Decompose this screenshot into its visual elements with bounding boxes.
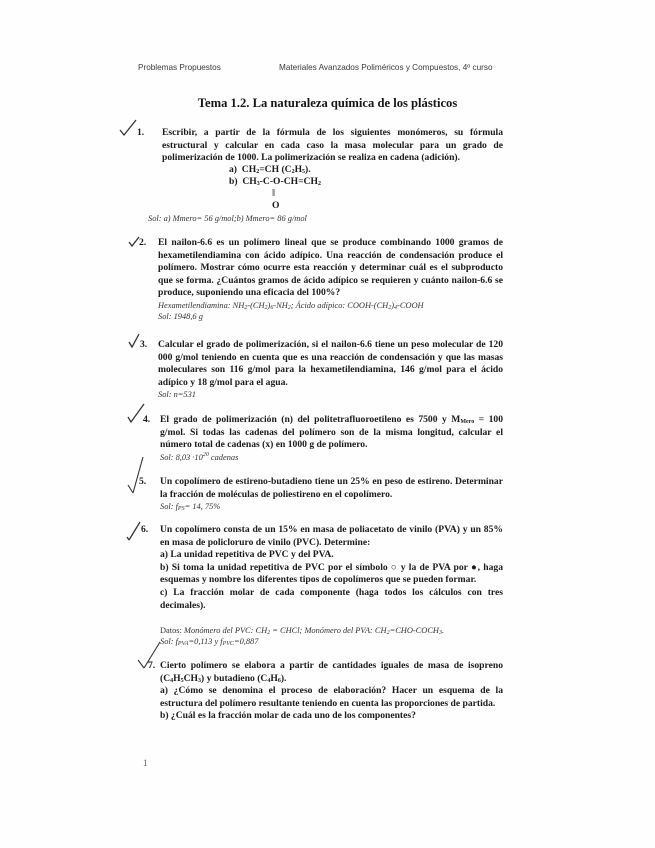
problem-6-number: 6. [141,524,148,535]
problem-6-item-b: b) Si toma la unidad repetitiva de PVC p… [160,562,503,587]
problem-1: Escribir, a partir de la fórmula de los … [162,127,503,165]
problem-1-text: Escribir, a partir de la fórmula de los … [162,127,503,165]
document-page: Problemas Propuestos Materiales Avanzado… [0,0,655,848]
problem-3-number: 3. [140,339,147,350]
double-bond-line: ‖ [272,187,275,199]
problem-5: Un copolímero de estireno-butadieno tien… [160,476,503,501]
checkmark-icon [126,455,146,495]
problem-6-item-c: c) La fracción molar de cada componente … [160,587,503,612]
page-title: Tema 1.2. La naturaleza química de los p… [0,96,655,111]
problem-7: Cierto polímero se elabora a partir de c… [160,660,503,723]
problem-2: El nailon-6.6 es un polímero lineal que … [158,237,503,300]
problem-4-text: El grado de polimerización (n) del polit… [160,414,503,452]
problem-4: El grado de polimerización (n) del polit… [160,414,503,452]
problem-1-number: 1. [137,127,144,138]
page-number: 1 [143,758,148,768]
checkmark-icon [126,520,142,542]
checkmark-icon [128,333,140,349]
problem-1-solution: Sol: a) Mmero= 56 g/mol;b) Mmero= 86 g/m… [148,213,489,224]
header-right: Materiales Avanzados Poliméricos y Compu… [279,63,493,72]
problem-4-number: 4. [143,414,150,425]
problem-6-text: Un copolímero consta de un 15% en masa d… [160,524,503,549]
problem-5-number: 5. [139,476,146,487]
problem-7-number: 7. [148,660,155,671]
carbonyl-oxygen: O [272,200,279,212]
problem-3-text: Calcular el grado de polimerización, si … [158,339,503,389]
problem-2-data: Hexametilendiamina: NH2-(CH2)6-NH2; Ácid… [158,300,424,311]
problem-3: Calcular el grado de polimerización, si … [158,339,503,389]
problem-6-item-a: a) La unidad repetitiva de PVC y del PVA… [160,549,503,562]
problem-3-solution: Sol: n=531 [158,389,499,400]
header-left: Problemas Propuestos [138,63,221,72]
problem-2-text: El nailon-6.6 es un polímero lineal que … [158,237,503,300]
problem-2-number: 2. [139,237,146,248]
problem-5-text: Un copolímero de estireno-butadieno tien… [160,476,503,501]
problem-4-solution: Sol: 8,03 ·1020 cadenas [160,452,501,463]
problem-6: Un copolímero consta de un 15% en masa d… [160,524,503,612]
problem-6-data: Datos: Monómero del PVC: CH2 = CHCl; Mon… [160,625,444,636]
problem-6-solution: Sol: fPVA=0,113 y fPVC=0,887 [160,636,501,647]
problem-7-item-a: a) ¿Cómo se denomina el proceso de elabo… [160,685,503,710]
formula-a: a) CH2=CH (C2H5). [229,164,311,176]
problem-2-solution: Sol: 1948,6 g [158,311,499,322]
problem-5-solution: Sol: fPS= 14, 75% [160,501,501,512]
problem-7-item-b: b) ¿Cuál es la fracción molar de cada un… [160,710,503,723]
problem-7-text: Cierto polímero se elabora a partir de c… [160,660,503,685]
